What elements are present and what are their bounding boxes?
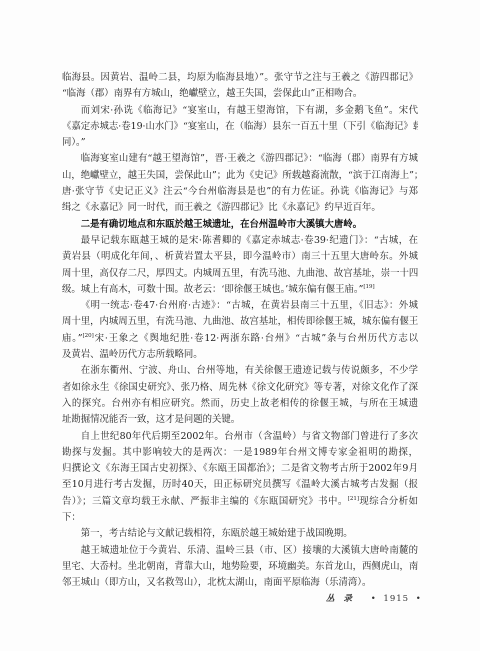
line-text: 现综合分析如 [359, 496, 418, 507]
text-line: 入的探究。台州亦有相应研究。然而，历史上故老相传的徐偃王城，与所在王城遗 [62, 396, 418, 412]
text-line: 在浙东衢州、宁波、舟山、台州等地，有关徐偃王遗迹记载与传说颇多，不少学 [62, 363, 418, 379]
text-line: 唐·张守节《史记正义》注云“今台州临海县是也”的有力佐证。孙诜《临海记》与郑 [62, 184, 418, 200]
text-line: 同）。” [62, 135, 418, 151]
text-line: 周十里，内城周五里，有洗马池、九曲池、故宫基址，相传即徐偃王城，城东偏有偃王 [62, 314, 418, 330]
page-number: • 1915 • [371, 594, 422, 604]
text-line: 告）》；三篇文章均载王永献、严振非主编的《东瓯国研究》书中。[21]现综合分析如 [62, 494, 418, 510]
footnote-ref: [21] [348, 496, 359, 502]
text-line: 级。城上有高木，可数十围。故老云：‘即徐偃王城也。’城东偏有偃王庙。”[19] [62, 282, 418, 298]
footnote-ref: [19] [363, 284, 374, 290]
text-line: 临海县。因黄岩、温岭二县，均原为临海县地）”。张守节之注与王羲之《游四郡记》 [62, 70, 418, 86]
text-line: 越王城遗址位于今黄岩、乐清、温岭三县（市、区）接壤的大溪镇大唐岭南麓的 [62, 543, 418, 559]
text-line: 及黄岩、温岭历代方志所载略同。 [62, 347, 418, 363]
text-line: 者如徐永生《徐国史研究》、张乃格、周先林《徐文化研究》等专著，对徐文化作了深 [62, 380, 418, 396]
text-line: 庙。”[20]宋·王象之《舆地纪胜·卷12·两浙东路·台州》“古城”条与台州历代… [62, 331, 418, 347]
line-text: 告）》；三篇文章均载王永献、严振非主编的《东瓯国研究》书中。 [62, 496, 348, 507]
text-line: 下： [62, 510, 418, 526]
page-body: 临海县。因黄岩、温岭二县，均原为临海县地）”。张守节之注与王羲之《游四郡记》 “… [62, 70, 418, 592]
section-heading: 二是有确切地点和东瓯於越王城遗址，在台州温岭市大溪镇大唐岭。 [62, 217, 418, 233]
line-text: 级。城上有高木，可数十围。故老云：‘即徐偃王城也。’城东偏有偃王庙。” [62, 284, 363, 295]
text-line: 黄岩县（明成化年间，、析黄岩置太平县，即今温岭市）南三十五里大唐岭东。外城 [62, 249, 418, 265]
text-line: 里宅、大岙村。坐北朝南，背靠大山，地势险要，环境幽美。东首龙山，西侧虎山，南 [62, 559, 418, 575]
text-line: 最早记载东瓯越王城的是宋·陈耆卿的《嘉定赤城志·卷39·纪遗门》：“古城，在 [62, 233, 418, 249]
text-line: “临海（郡）南界有方城山，绝巘壁立，越王失国，尝保此山”正相吻合。 [62, 86, 418, 102]
section-label: 丛 录 [326, 592, 368, 606]
text-line: 山，绝巘壁立，越王失国，尝保此山”；此为《史记》所载越裔流散，“滨于江南海上”； [62, 168, 418, 184]
text-line: 勘探与发掘。其中影响较大的是两次：一是1989年台州文博专家金祖明的勘探， [62, 445, 418, 461]
text-line: 址勘掘情况能否一致，这才是问题的关键。 [62, 412, 418, 428]
text-line: 而刘宋·孙诜《临海记》“宴室山，有越王望海馆，下有湖，多金鹅飞鱼”。宋代 [62, 103, 418, 119]
text-line: 周十里，高仅存二尺，厚四丈。内城周五里，有洗马池、九曲池、故宫基址，崇一十四 [62, 266, 418, 282]
text-line: 自上世纪80年代后期至2002年。台州市（含温岭）与省文物部门曾进行了多次 [62, 429, 418, 445]
text-line: 《明一统志·卷47·台州府·古迹》：“古城，在黄岩县南三十五里，《旧志》：外城 [62, 298, 418, 314]
text-line: 至10月进行考古发掘，历时40天，田正标研究员撰写《温岭大溪古城考古发掘（报 [62, 477, 418, 493]
text-line: 《嘉定赤城志·卷19·山水门》“宴室山，在（临海）县东一百五十里（下引《临海记》… [62, 119, 418, 135]
line-text: 宋·王象之《舆地纪胜·卷12·两浙东路·台州》“古城”条与台州历代方志以 [94, 333, 418, 344]
page-footer: 丛 录 • 1915 • [326, 592, 422, 606]
text-line: 临海宴室山建有“越王望海馆”，晋·王羲之《游四郡记》：“临海（郡）南界有方城 [62, 151, 418, 167]
text-line: 缉之《永嘉记》同一时代，而王羲之《游四郡记》比《永嘉记》约早近百年。 [62, 200, 418, 216]
line-text: 庙。” [62, 333, 83, 344]
footnote-ref: [20] [83, 333, 94, 339]
text-line: 归撰论文《东海王国古史初探》、《东瓯王国都治》；二是省文物考古所于2002年9月 [62, 461, 418, 477]
text-line: 第一，考古结论与文献记载相符，东瓯於越王城始建于战国晚期。 [62, 526, 418, 542]
text-line: 邻王城山（即方山，又名救驾山），北枕太湖山，南面平原临海（乐清湾）。 [62, 575, 418, 591]
